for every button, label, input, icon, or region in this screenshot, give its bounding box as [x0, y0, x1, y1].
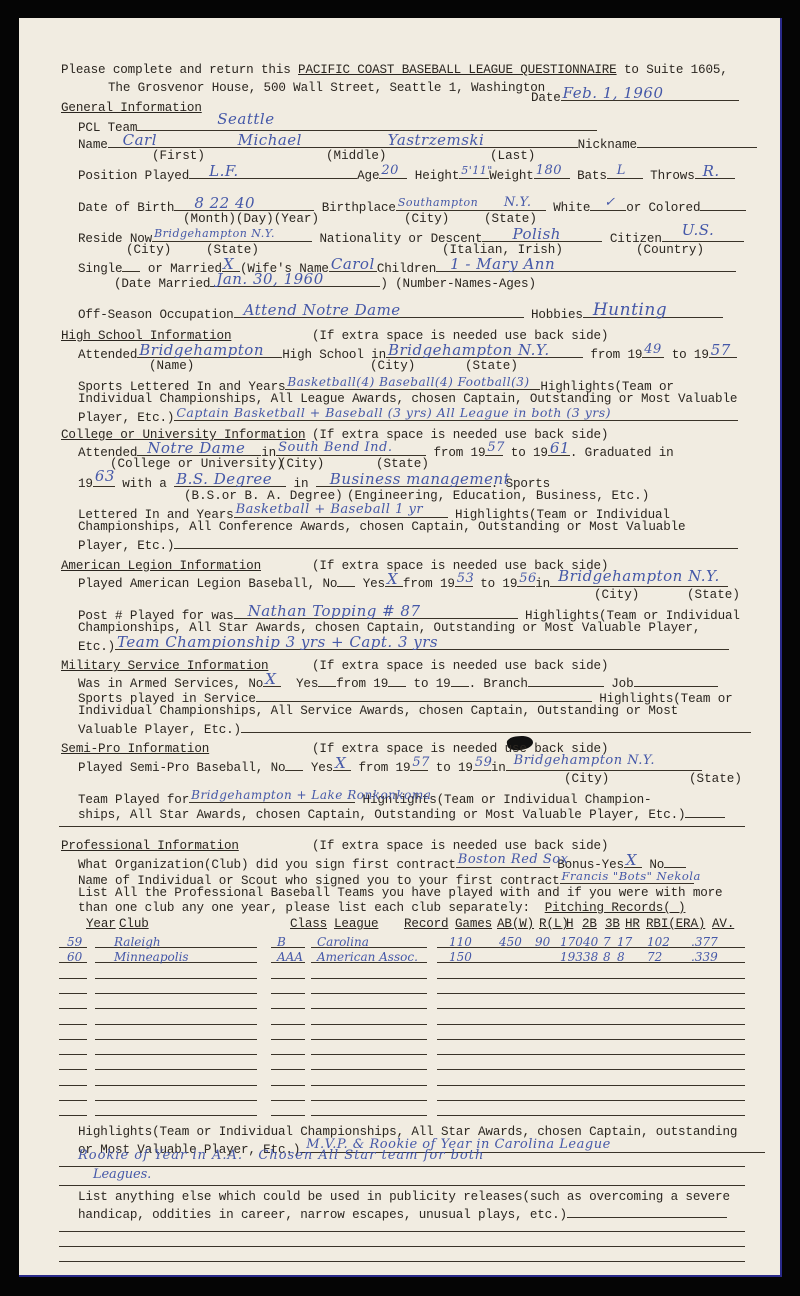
college-graduated-label: . Graduated in — [570, 446, 674, 460]
offseason-field[interactable]: Attend Notre Dame — [234, 305, 524, 318]
nickname-field[interactable] — [637, 135, 757, 148]
nationality-field[interactable]: Polish — [482, 229, 602, 242]
section-heading-semipro: Semi-Pro Information — [61, 742, 209, 756]
bats-label: Bats — [577, 169, 607, 183]
date-married-value: Jan. 30, 1960 — [216, 272, 323, 286]
header-suite: to Suite 1605, — [617, 63, 728, 77]
pro-highlights-value-3: Leagues. — [93, 1168, 151, 1182]
college-player-label: Player, Etc.) — [78, 539, 174, 553]
college-name-sublabel: (College or University) — [110, 457, 284, 471]
legion-etc-row: Etc.)Team Championship 3 yrs + Capt. 3 y… — [78, 637, 729, 654]
section-heading-general: General Information — [61, 101, 202, 115]
col-header-rbi-era-: RBI(ERA) — [646, 917, 705, 931]
cell-games: 110 — [449, 935, 472, 949]
table-row-line[interactable] — [311, 1069, 427, 1070]
grad-year-value: 63 — [95, 469, 115, 483]
pro-list-row-b: than one club any one year, please list … — [78, 901, 685, 915]
table-row-line[interactable] — [311, 993, 427, 994]
wife-field[interactable]: Carol — [329, 259, 377, 272]
military-to-field[interactable] — [451, 674, 469, 687]
cell-rbi: 72 — [647, 950, 662, 964]
citizen-value: U.S. — [682, 223, 715, 237]
degree-sublabel: (B.S.or B. A. Degree) — [184, 489, 343, 503]
table-row-line[interactable] — [95, 1100, 257, 1101]
height-field[interactable]: 5'11" — [459, 166, 489, 179]
military-player-row: Valuable Player, Etc.) — [78, 720, 751, 737]
semipro-to-field[interactable]: 59 — [473, 758, 491, 771]
publicity-line-4[interactable] — [59, 1261, 745, 1262]
dob-label: Date of Birth — [78, 201, 174, 215]
cell-rbi: 102 — [647, 935, 670, 949]
college-lettered-value: Basketball + Baseball 1 yr — [236, 503, 423, 517]
colored-field[interactable] — [700, 198, 746, 211]
col-header-year: Year — [86, 917, 116, 931]
position-row: Position PlayedL.F.Age20 Height5'11"Weig… — [78, 166, 735, 183]
legion-played-label: Played American Legion Baseball, No — [78, 577, 337, 591]
college-from-value: 57 — [487, 441, 505, 455]
col-header-2b: 2B — [582, 917, 597, 931]
table-row-line[interactable] — [437, 1024, 745, 1025]
date-married-row: (Date MarriedJan. 30, 1960) (Number-Name… — [114, 274, 536, 291]
pro-heading-row: Professional Information — [61, 839, 239, 853]
table-row-line[interactable] — [59, 1069, 87, 1070]
semipro-no-field[interactable] — [285, 758, 303, 771]
military-branch-field[interactable] — [528, 674, 604, 687]
table-row-line[interactable] — [311, 1054, 427, 1055]
table-row-line[interactable] — [271, 993, 305, 994]
semipro-yes-value: X — [335, 756, 346, 770]
age-field[interactable]: 20 — [379, 166, 407, 179]
semipro-extra-line — [59, 826, 745, 827]
military-job-field[interactable] — [634, 674, 718, 687]
nickname-label: Nickname — [578, 138, 637, 152]
pcl-team-value: Seattle — [217, 112, 274, 126]
section-heading-military: Military Service Information — [61, 659, 268, 673]
hs-city-sublabel: (City) — [370, 359, 415, 373]
last-sublabel: (Last) — [490, 149, 535, 163]
table-row-line[interactable] — [271, 978, 305, 979]
semipro-to-label: to 19 — [436, 761, 473, 775]
publicity-line-2[interactable] — [59, 1231, 745, 1232]
birthplace-city-sublabel: (City) — [404, 212, 449, 226]
table-row-line[interactable] — [59, 1054, 87, 1055]
college-from-field[interactable]: 57 — [485, 443, 503, 456]
throws-value: R. — [703, 164, 720, 178]
offseason-value: Attend Notre Dame — [244, 303, 401, 317]
date-married-field[interactable]: Jan. 30, 1960 — [210, 274, 380, 287]
legion-yes-value: X — [387, 572, 398, 586]
white-value: ✓ — [604, 196, 615, 210]
table-row-line[interactable] — [95, 993, 257, 994]
header-line-2: The Grosvenor House, 500 Wall Street, Se… — [108, 81, 545, 95]
hs-city-field[interactable]: Bridgehampton N.Y. — [386, 345, 583, 358]
date-value: Feb. 1, 1960 — [563, 86, 664, 100]
name-field[interactable]: CarlMichaelYastrzemski — [108, 135, 578, 148]
military-yes-field[interactable] — [318, 674, 336, 687]
table-row-line[interactable] — [95, 1069, 257, 1070]
semipro-location-field[interactable]: Bridgehampton N.Y. — [506, 758, 702, 771]
table-row-line[interactable] — [271, 1115, 305, 1116]
semipro-from-field[interactable]: 57 — [410, 758, 428, 771]
cell-class: B — [277, 935, 286, 949]
table-row-line[interactable] — [95, 978, 257, 979]
pro-highlights-value-2: Rookie of Year in A.A. Chosen All Star t… — [78, 1149, 484, 1163]
dob-sublabel: (Month)(Day)(Year) — [183, 212, 319, 226]
legion-post-value: Nathan Topping # 87 — [248, 604, 421, 618]
hobbies-field[interactable]: Hunting — [583, 305, 723, 318]
height-value: 5'11" — [461, 164, 493, 178]
cell-ab: 450 — [499, 935, 522, 949]
col-header-club: Club — [119, 917, 149, 931]
table-row-line[interactable] — [271, 1054, 305, 1055]
white-field[interactable]: ✓ — [590, 198, 626, 211]
pro-scout-value: Francis "Bots" Nekola — [562, 869, 701, 883]
single-field[interactable] — [122, 259, 140, 272]
college-state-sublabel: (State) — [376, 457, 429, 471]
married-value: X — [223, 257, 234, 271]
col-header-av-: AV. — [712, 917, 734, 931]
header-address: The Grosvenor House, 500 Wall Street, Se… — [108, 81, 545, 95]
college-city-field[interactable]: South Bend Ind. — [276, 443, 426, 456]
military-from-field[interactable] — [388, 674, 406, 687]
legion-to-label: to 19 — [480, 577, 517, 591]
weight-field[interactable]: 180 — [534, 166, 570, 179]
table-row-line[interactable] — [437, 1115, 745, 1116]
legion-to-value: 56 — [519, 572, 537, 586]
table-row-line[interactable] — [437, 1085, 745, 1086]
table-row-line[interactable] — [59, 1085, 87, 1086]
col-header-record: Record — [404, 917, 448, 931]
cell-h: 193 — [560, 950, 583, 964]
table-row-line[interactable] — [437, 1054, 745, 1055]
col-header-3b: 3B — [605, 917, 620, 931]
middle-sublabel: (Middle) — [326, 149, 386, 163]
reside-value: Bridgehampton N.Y. — [154, 227, 275, 241]
table-row-line[interactable] — [59, 1039, 87, 1040]
bonus-yes-value: X — [626, 853, 637, 867]
birthplace-state-value: N.Y. — [504, 196, 532, 210]
hs-city-value: Bridgehampton N.Y. — [388, 343, 550, 357]
legion-state-sublabel: (State) — [687, 588, 740, 602]
semipro-yes-label: Yes — [311, 761, 333, 775]
pro-list-text-a: List All the Professional Baseball Teams… — [78, 886, 722, 900]
semipro-played-label: Played Semi-Pro Baseball, No — [78, 761, 285, 775]
table-row-line[interactable] — [311, 1115, 427, 1116]
citizen-field[interactable]: U.S. — [662, 229, 744, 242]
bats-value: L — [617, 164, 626, 178]
publicity-field[interactable] — [567, 1205, 727, 1218]
questionnaire-paper: Please complete and return this PACIFIC … — [19, 18, 782, 1277]
position-field[interactable]: L.F. — [189, 166, 357, 179]
cell-r: 90 — [535, 935, 550, 949]
semipro-from-value: 57 — [412, 756, 430, 770]
grad-year-field[interactable]: 63 — [93, 474, 115, 487]
hs-to-value: 57 — [711, 343, 731, 357]
pro-highlights-line-3[interactable] — [59, 1185, 745, 1186]
col-header-league: League — [334, 917, 378, 931]
col-header-ab-w-: AB(W) — [497, 917, 534, 931]
military-player-label: Valuable Player, Etc.) — [78, 723, 241, 737]
major-value: Business management — [330, 472, 510, 486]
hs-highlights-text-b: Individual Championships, All League Awa… — [78, 392, 737, 406]
cell-h: 170 — [560, 935, 583, 949]
legion-from-field[interactable]: 53 — [455, 574, 473, 587]
reside-city-sublabel: (City) — [126, 243, 171, 257]
legion-from-value: 53 — [457, 572, 475, 586]
col-header-games: Games — [455, 917, 492, 931]
semipro-team-field[interactable]: Bridgehampton + Lake Ronkonkoma — [189, 790, 355, 803]
legion-location-field[interactable]: Bridgehampton N.Y. — [550, 574, 728, 587]
pro-org-value: Boston Red Sox — [458, 853, 569, 867]
hs-to-label: to 19 — [672, 348, 709, 362]
college-to-value: 61 — [550, 441, 570, 455]
semipro-team-value: Bridgehampton + Lake Ronkonkoma — [191, 788, 431, 802]
semipro-heading-row: Semi-Pro Information — [61, 742, 209, 756]
table-row-line[interactable] — [311, 1024, 427, 1025]
pro-scout-field[interactable]: Francis "Bots" Nekola — [560, 871, 694, 884]
header-line-1: Please complete and return this PACIFIC … — [61, 63, 728, 77]
pcl-team-field[interactable]: Seattle — [137, 118, 597, 131]
legion-to-field[interactable]: 56 — [517, 574, 535, 587]
semipro-from-label: from 19 — [359, 761, 411, 775]
hs-from-value: 49 — [644, 343, 662, 357]
hobbies-value: Hunting — [593, 303, 667, 317]
cell-club: Minneapolis — [114, 950, 189, 964]
col-header-class: Class — [290, 917, 327, 931]
legion-post-field[interactable]: Nathan Topping # 87 — [234, 606, 518, 619]
hs-player-value: Captain Basketball + Baseball (3 yrs) Al… — [176, 406, 611, 420]
section-heading-legion: American Legion Information — [61, 559, 261, 573]
publicity-line-3[interactable] — [59, 1246, 745, 1247]
position-value: L.F. — [209, 164, 239, 178]
semipro-highlights-text-b: ships, All Star Awards, chosen Captain, … — [78, 808, 685, 822]
cell-av: .339 — [691, 950, 718, 964]
table-row-line[interactable] — [437, 1069, 745, 1070]
legion-yes-label: Yes — [363, 577, 385, 591]
table-row-line[interactable] — [95, 1024, 257, 1025]
form-title: PACIFIC COAST BASEBALL LEAGUE QUESTIONNA… — [298, 63, 617, 77]
legion-etc-label: Etc.) — [78, 640, 115, 654]
publicity-text-a: List anything else which could be used i… — [78, 1190, 730, 1204]
table-row-line[interactable] — [311, 1100, 427, 1101]
college-lettered-field[interactable]: Basketball + Baseball 1 yr — [234, 505, 448, 518]
cell-2b: 38 — [583, 950, 598, 964]
table-row-line[interactable] — [437, 993, 745, 994]
table-row-line[interactable] — [95, 1085, 257, 1086]
birthplace-field[interactable]: SouthamptonN.Y. — [396, 198, 546, 211]
cell-league: American Assoc. — [317, 950, 418, 964]
cell-club: Raleigh — [114, 935, 161, 949]
semipro-in-label: in — [491, 761, 506, 775]
hobbies-label: Hobbies — [531, 308, 583, 322]
cell-year: 60 — [67, 950, 82, 964]
country-sublabel: (Country) — [636, 243, 704, 257]
col-header-hr: HR — [625, 917, 640, 931]
pro-org-label: What Organization(Club) did you sign fir… — [78, 858, 456, 872]
semipro-location-value: Bridgehampton N.Y. — [514, 754, 655, 768]
cell-hr: 17 — [617, 935, 632, 949]
cell-hr: 8 — [617, 950, 625, 964]
military-highlights-text-b: Individual Championships, All Service Aw… — [78, 704, 678, 718]
table-row-line[interactable] — [59, 1115, 87, 1116]
date-married-label: (Date Married — [114, 277, 210, 291]
wife-value: Carol — [331, 257, 375, 271]
publicity-row: handicap, oddities in career, narrow esc… — [78, 1205, 727, 1222]
military-sports-field[interactable] — [256, 689, 592, 702]
hs-name-field[interactable]: Bridgehampton — [137, 345, 282, 358]
pro-org-field[interactable]: Boston Red Sox — [456, 855, 550, 868]
age-label: Age — [357, 169, 379, 183]
offseason-row: Off-Season OccupationAttend Notre Dame H… — [78, 305, 723, 322]
table-row-line[interactable] — [59, 1024, 87, 1025]
name-first-value: Carl — [123, 133, 157, 147]
military-player-field[interactable] — [241, 720, 751, 733]
legion-etc-value: Team Championship 3 yrs + Capt. 3 yrs — [117, 635, 438, 649]
table-row-line[interactable] — [271, 1069, 305, 1070]
dob-field[interactable]: 8 22 40 — [174, 198, 314, 211]
college-name-field[interactable]: Notre Dame — [137, 443, 261, 456]
major-field[interactable]: Business management — [316, 474, 491, 487]
college-from-label: from 19 — [434, 446, 486, 460]
table-row-line[interactable] — [271, 1100, 305, 1101]
hs-sports-field[interactable]: Basketball(4) Baseball(4) Football(3) — [285, 377, 540, 390]
date-label: Date — [531, 91, 561, 105]
legion-from-label: from 19 — [403, 577, 455, 591]
cell-class: AAA — [277, 950, 303, 964]
college-player-field[interactable] — [174, 536, 738, 549]
military-note: (If extra space is needed use back side) — [312, 659, 608, 673]
col-header-r-l-: R(L) — [539, 917, 569, 931]
semipro-city-sublabel: (City) — [564, 772, 609, 786]
legion-etc-field[interactable]: Team Championship 3 yrs + Capt. 3 yrs — [115, 637, 729, 650]
table-row-line[interactable] — [271, 1008, 305, 1009]
table-row-line[interactable] — [271, 1039, 305, 1040]
table-row-line[interactable] — [59, 993, 87, 994]
degree-with-label: with a — [122, 477, 166, 491]
table-row-line[interactable] — [95, 1039, 257, 1040]
degree-field[interactable]: B.S. Degree — [174, 474, 286, 487]
height-label: Height — [415, 169, 459, 183]
table-row-line[interactable] — [95, 1054, 257, 1055]
pitching-records-label: Pitching Records( ) — [545, 901, 686, 915]
hs-player-row: Player, Etc.)Captain Basketball + Baseba… — [78, 408, 738, 425]
name-last-value: Yastrzemski — [388, 133, 485, 147]
hs-player-field[interactable]: Captain Basketball + Baseball (3 yrs) Al… — [174, 408, 738, 421]
college-to-field[interactable]: 61 — [548, 443, 570, 456]
cell-games: 150 — [449, 950, 472, 964]
hs-from-label: from 19 — [590, 348, 642, 362]
name-middle-value: Michael — [238, 133, 302, 147]
nationality-value: Polish — [512, 227, 560, 241]
offseason-label: Off-Season Occupation — [78, 308, 234, 322]
date-field[interactable]: Feb. 1, 1960 — [561, 88, 739, 101]
children-sublabel: ) (Number-Names-Ages) — [380, 277, 536, 291]
hs-name-value: Bridgehampton — [139, 343, 264, 357]
college-highlights-text-b: Championships, All Conference Awards, ch… — [78, 520, 685, 534]
dob-value: 8 22 40 — [194, 196, 255, 210]
table-row-line[interactable] — [311, 1039, 427, 1040]
name-label: Name — [78, 138, 108, 152]
children-value: 1 - Mary Ann — [450, 257, 555, 271]
table-row-line[interactable] — [271, 1085, 305, 1086]
legion-location-value: Bridgehampton N.Y. — [558, 569, 720, 583]
legion-heading-row: American Legion Information — [61, 559, 261, 573]
table-row-line[interactable] — [437, 1100, 745, 1101]
cell-3b: 8 — [603, 950, 611, 964]
weight-label: Weight — [489, 169, 533, 183]
children-field[interactable]: 1 - Mary Ann — [436, 259, 736, 272]
col-header-h: H — [566, 917, 573, 931]
publicity-text-b: handicap, oddities in career, narrow esc… — [78, 1208, 567, 1222]
position-label: Position Played — [78, 169, 189, 183]
bonus-yes-field[interactable]: X — [624, 855, 642, 868]
table-row-line[interactable] — [437, 1039, 745, 1040]
cell-year: 59 — [67, 935, 82, 949]
white-label: White — [553, 201, 590, 215]
hs-name-sublabel: (Name) — [149, 359, 194, 373]
reside-field[interactable]: Bridgehampton N.Y. — [152, 229, 312, 242]
hs-from-field[interactable]: 49 — [642, 345, 664, 358]
first-sublabel: (First) — [152, 149, 205, 163]
cell-av: .377 — [691, 935, 718, 949]
college-name-value: Notre Dame — [147, 441, 245, 455]
military-no-value: X — [265, 672, 276, 686]
section-heading-professional: Professional Information — [61, 839, 239, 853]
table-row-line[interactable] — [437, 1008, 745, 1009]
colored-label: or Colored — [626, 201, 700, 215]
table-row-line[interactable] — [59, 1008, 87, 1009]
pro-highlights-line-2[interactable] — [59, 1166, 745, 1167]
cell-league: Carolina — [317, 935, 369, 949]
bonus-no-field[interactable] — [664, 855, 686, 868]
table-row-line[interactable] — [437, 978, 745, 979]
hs-to-field[interactable]: 57 — [709, 345, 737, 358]
cell-2b: 40 — [583, 935, 598, 949]
bats-field[interactable]: L — [607, 166, 643, 179]
table-row-line[interactable] — [271, 1024, 305, 1025]
degree-value: B.S. Degree — [176, 472, 272, 486]
table-row-line[interactable] — [59, 978, 87, 979]
semipro-state-sublabel: (State) — [689, 772, 742, 786]
college-city-sublabel: (City) — [279, 457, 324, 471]
semipro-highlights-field[interactable] — [685, 805, 725, 818]
table-row-line[interactable] — [311, 1085, 427, 1086]
birthplace-city-value: Southampton — [398, 196, 478, 210]
header-intro: Please complete and return this — [61, 63, 298, 77]
legion-yes-field[interactable]: X — [385, 574, 403, 587]
throws-field[interactable]: R. — [695, 166, 735, 179]
table-row-line[interactable] — [311, 1008, 427, 1009]
table-row-line[interactable] — [311, 978, 427, 979]
college-player-row: Player, Etc.) — [78, 536, 738, 553]
table-row-line[interactable] — [59, 1100, 87, 1101]
birthplace-label: Birthplace — [322, 201, 396, 215]
table-row-line[interactable] — [95, 1115, 257, 1116]
hs-sports-value: Basketball(4) Baseball(4) Football(3) — [287, 375, 529, 389]
date-row: DateFeb. 1, 1960 — [531, 88, 739, 105]
major-sublabel: (Engineering, Education, Business, Etc.) — [347, 489, 649, 503]
semipro-yes-field[interactable]: X — [333, 758, 351, 771]
pro-list-text-b: than one club any one year, please list … — [78, 901, 530, 915]
legion-city-sublabel: (City) — [594, 588, 639, 602]
military-no-field[interactable]: X — [263, 674, 281, 687]
college-to-label: to 19 — [511, 446, 548, 460]
age-value: 20 — [381, 164, 399, 178]
military-heading-row: Military Service Information — [61, 659, 268, 673]
hs-player-label: Player, Etc.) — [78, 411, 174, 425]
legion-no-field[interactable] — [337, 574, 355, 587]
table-row-line[interactable] — [95, 1008, 257, 1009]
